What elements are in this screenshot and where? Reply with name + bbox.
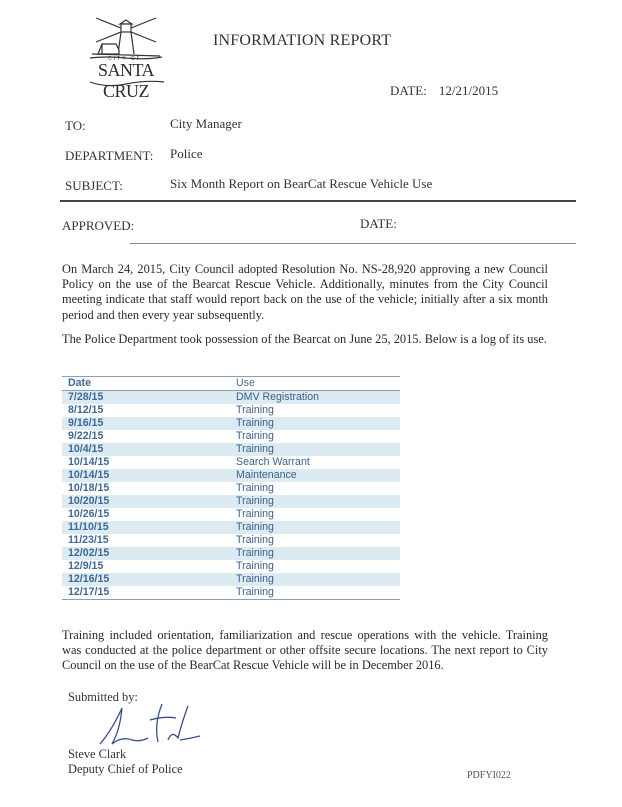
cell-date: 9/16/15 [62, 417, 236, 430]
column-date: Date [62, 377, 236, 390]
column-use: Use [236, 377, 400, 390]
table-row: 7/28/15DMV Registration [62, 391, 400, 404]
divider [60, 200, 576, 202]
cell-use: Training [236, 417, 400, 430]
logo-santa-cruz: SANTA CRUZ [86, 60, 166, 102]
cell-date: 10/26/15 [62, 508, 236, 521]
subject-label: SUBJECT: [65, 178, 123, 194]
table-row: 10/4/15Training [62, 443, 400, 456]
table-row: 12/02/15Training [62, 547, 400, 560]
table-row: 9/16/15Training [62, 417, 400, 430]
table-row: 10/14/15Maintenance [62, 469, 400, 482]
report-date-value: 12/21/2015 [439, 83, 498, 98]
cell-use: Training [236, 547, 400, 560]
signature-icon [92, 700, 202, 750]
subject-value: Six Month Report on BearCat Rescue Vehic… [170, 176, 432, 192]
cell-date: 8/12/15 [62, 404, 236, 417]
paragraph-intro: On March 24, 2015, City Council adopted … [62, 262, 548, 323]
table-bottom-rule [62, 599, 400, 600]
table-row: 12/17/15Training [62, 586, 400, 599]
table-row: 10/14/15Search Warrant [62, 456, 400, 469]
table-row: 11/23/15Training [62, 534, 400, 547]
cell-use: Search Warrant [236, 456, 400, 469]
table-row: 10/18/15Training [62, 482, 400, 495]
cell-use: DMV Registration [236, 391, 400, 404]
cell-use: Training [236, 443, 400, 456]
cell-use: Training [236, 521, 400, 534]
cell-use: Training [236, 404, 400, 417]
cell-date: 12/16/15 [62, 573, 236, 586]
cell-use: Maintenance [236, 469, 400, 482]
table-row: 11/10/15Training [62, 521, 400, 534]
cell-date: 12/02/15 [62, 547, 236, 560]
cell-date: 9/22/15 [62, 430, 236, 443]
to-value: City Manager [170, 116, 242, 132]
cell-date: 12/17/15 [62, 586, 236, 599]
signer-block: Steve Clark Deputy Chief of Police [68, 747, 183, 777]
table-row: 9/22/15Training [62, 430, 400, 443]
signer-title: Deputy Chief of Police [68, 762, 183, 777]
table-body: 7/28/15DMV Registration8/12/15Training9/… [62, 391, 400, 599]
cell-date: 11/10/15 [62, 521, 236, 534]
cell-use: Training [236, 495, 400, 508]
usage-log-table: Date Use 7/28/15DMV Registration8/12/15T… [62, 376, 400, 600]
cell-use: Training [236, 573, 400, 586]
department-label: DEPARTMENT: [65, 148, 153, 164]
approval-line [130, 243, 576, 244]
cell-date: 12/9/15 [62, 560, 236, 573]
cell-date: 10/14/15 [62, 456, 236, 469]
table-row: 12/9/15Training [62, 560, 400, 573]
approved-label: APPROVED: [62, 218, 134, 234]
cell-use: Training [236, 482, 400, 495]
cell-date: 10/14/15 [62, 469, 236, 482]
table-row: 12/16/15Training [62, 573, 400, 586]
table-header: Date Use [62, 377, 400, 391]
paragraph-possession: The Police Department took possession of… [62, 332, 548, 347]
cell-date: 10/20/15 [62, 495, 236, 508]
table-row: 8/12/15Training [62, 404, 400, 417]
report-date-label: DATE: [390, 83, 427, 98]
cell-use: Training [236, 560, 400, 573]
report-date: DATE:12/21/2015 [390, 83, 498, 99]
signer-name: Steve Clark [68, 747, 183, 762]
cell-use: Training [236, 586, 400, 599]
table-row: 10/26/15Training [62, 508, 400, 521]
department-value: Police [170, 146, 203, 162]
cell-date: 10/4/15 [62, 443, 236, 456]
approved-date-label: DATE: [360, 216, 397, 232]
page-title: INFORMATION REPORT [213, 32, 391, 50]
cell-use: Training [236, 508, 400, 521]
cell-use: Training [236, 430, 400, 443]
paragraph-training: Training included orientation, familiari… [62, 628, 548, 674]
cell-date: 10/18/15 [62, 482, 236, 495]
document-code: PDFYI022 [467, 770, 511, 781]
to-label: TO: [65, 118, 86, 134]
cell-date: 7/28/15 [62, 391, 236, 404]
cell-date: 11/23/15 [62, 534, 236, 547]
table-row: 10/20/15Training [62, 495, 400, 508]
cell-use: Training [236, 534, 400, 547]
